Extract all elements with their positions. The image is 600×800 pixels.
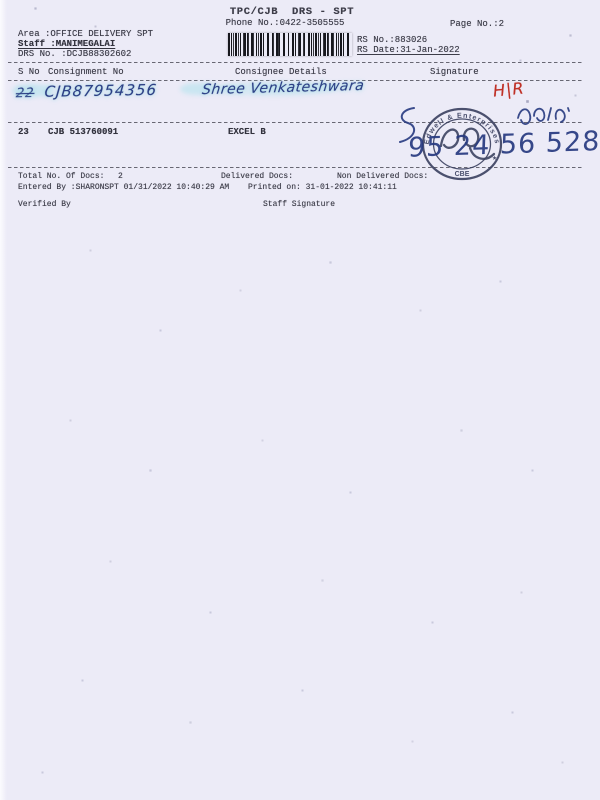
tamil-script-note	[518, 108, 569, 124]
staff-field: Staff :MANIMEGALAI	[18, 39, 115, 49]
table-row-22-handwritten: 22CJB87954356	[15, 81, 158, 101]
total-docs-value: 2	[118, 172, 123, 181]
row22-consignee-handwritten: Shree Venkateshwara	[201, 78, 365, 98]
area-field: Area :OFFICE DELIVERY SPT	[18, 29, 153, 39]
printed-on-line: Printed on: 31-01-2022 10:41:11	[248, 183, 397, 192]
column-header-consignee: Consignee Details	[235, 67, 327, 77]
document-title: TPC/CJB DRS - SPT	[0, 6, 584, 18]
row22-consignment-no: CJB87954356	[44, 81, 158, 101]
total-docs-label: Total No. Of Docs:	[18, 172, 104, 181]
drs-scanned-document: TPC/CJB DRS - SPT Phone No.:0422-3505555…	[0, 0, 600, 800]
row23-consignment-no: CJB 513760091	[48, 127, 118, 137]
rs-number-field: RS No.:883026	[357, 35, 427, 45]
handwritten-phone-number: 95 24 56 5287	[408, 125, 600, 163]
staff-signature-label: Staff Signature	[263, 200, 335, 209]
rs-date-field: RS Date:31-Jan-2022	[357, 45, 460, 55]
entered-by-line: Entered By :SHARONSPT 01/31/2022 10:40:2…	[18, 183, 229, 192]
row23-consignee: EXCEL B	[228, 127, 266, 137]
scan-edge-strip	[0, 0, 7, 800]
barcode	[228, 33, 352, 56]
column-header-consignment: Consignment No	[48, 67, 124, 77]
verified-by-label: Verified By	[18, 200, 71, 209]
scan-noise-speckles	[0, 0, 1, 1]
row23-sno: 23	[18, 127, 29, 137]
row22-sno: 22	[15, 86, 35, 101]
page-number: Page No.:2	[450, 19, 504, 29]
dashed-separator	[8, 61, 584, 63]
column-header-signature: Signature	[430, 67, 479, 77]
drs-number-field: DRS No. :DCJB88302602	[18, 49, 131, 59]
delivered-docs-label: Delivered Docs:	[221, 172, 293, 181]
column-header-sno: S No	[18, 67, 40, 77]
